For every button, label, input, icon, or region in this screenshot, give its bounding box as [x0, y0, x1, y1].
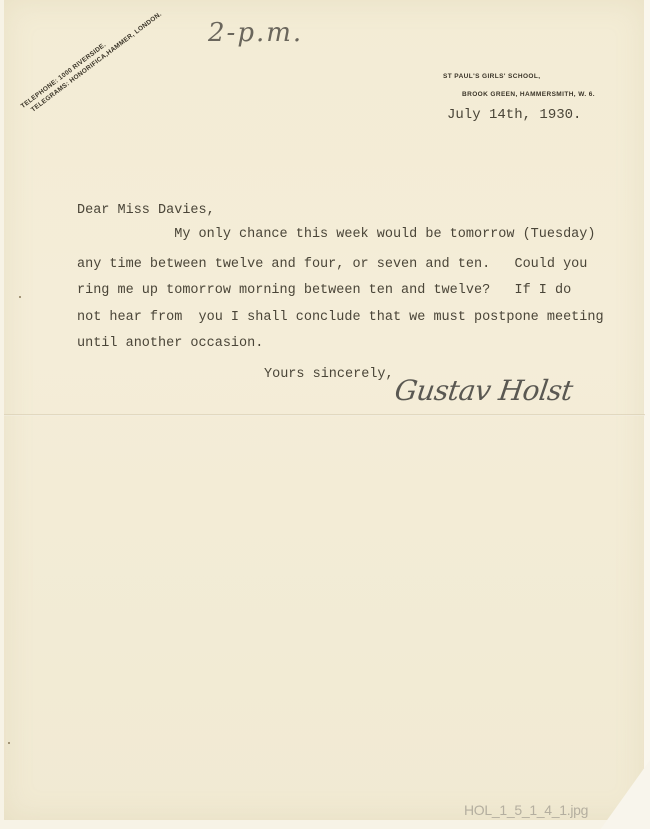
body-line: My only chance this week would be tomorr… [77, 227, 595, 242]
closing: Yours sincerely, [264, 367, 394, 382]
pencil-annotation: 2-p.m. [208, 18, 303, 48]
body-line: ring me up tomorrow morning between ten … [77, 283, 571, 298]
filename-watermark: HOL_1_5_1_4_1.jpg [464, 802, 588, 818]
letterhead-school-address: BROOK GREEN, HAMMERSMITH, W. 6. [462, 91, 595, 98]
letter-paper [4, 0, 645, 820]
handwritten-signature: Gustav Holst [393, 374, 575, 407]
body-line: not hear from you I shall conclude that … [77, 310, 604, 325]
paper-speck [8, 742, 10, 744]
body-line: any time between twelve and four, or sev… [77, 257, 587, 272]
paper-speck [19, 296, 21, 298]
letterhead-school-name: ST PAUL'S GIRLS' SCHOOL, [443, 73, 540, 80]
salutation: Dear Miss Davies, [77, 203, 215, 218]
letter-date: July 14th, 1930. [447, 107, 581, 123]
fold-crease [4, 414, 645, 416]
body-line: until another occasion. [77, 336, 263, 351]
